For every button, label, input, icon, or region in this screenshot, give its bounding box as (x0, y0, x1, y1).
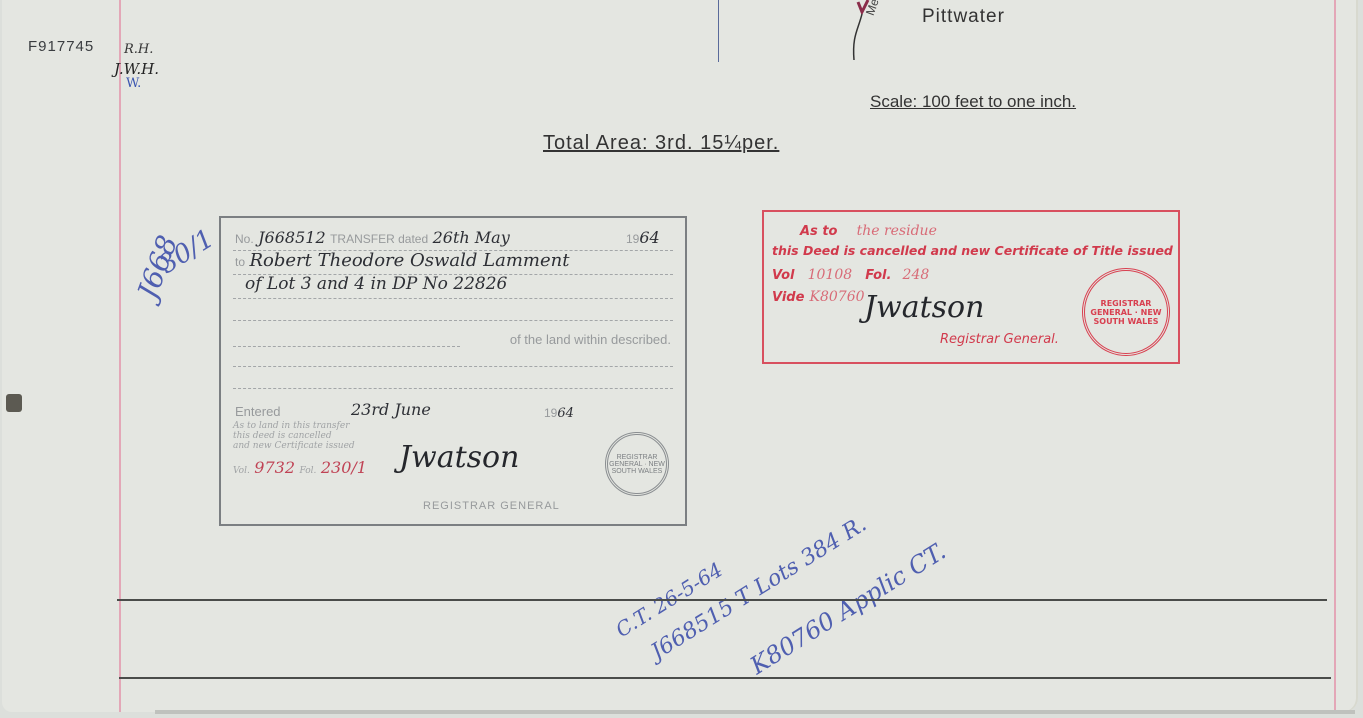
note-line: As to land in this transfer (233, 421, 355, 431)
document-page: F917745 R.H. J.W.H. W. Me Pittwater Scal… (2, 0, 1358, 712)
map-boundary-line (718, 0, 719, 62)
vide-row: Vide K80760 (772, 286, 865, 305)
vol-label: Vol. (233, 466, 250, 476)
note-line: and new Certificate issued (233, 441, 355, 451)
rule-line (119, 677, 1331, 679)
underlying-page-edge (155, 710, 1355, 714)
rule-line (233, 366, 673, 367)
fol-value: 230/1 (321, 458, 367, 477)
transferee-row: to Robert Theodore Oswald Lamment (235, 250, 569, 271)
entered-year: 1964 (544, 404, 574, 422)
transfer-header-row: No. J668512 TRANSFER dated 26th May (235, 228, 510, 248)
entered-date: 23rd June (351, 400, 431, 419)
cancel-statement: this Deed is cancelled and new Certifica… (772, 243, 1173, 258)
registrar-label: REGISTRAR GENERAL (423, 500, 560, 512)
seal-text: REGISTRAR GENERAL · NEW SOUTH WALES (1085, 299, 1167, 326)
vol-fol-row: Vol. 9732 Fol. 230/1 (233, 458, 367, 478)
year-prefix: 19 (626, 232, 639, 246)
left-margin-rule (119, 0, 121, 712)
right-margin-rule (1334, 0, 1336, 712)
vol-label: Vol (772, 268, 795, 283)
vide-label: Vide (772, 290, 804, 305)
no-label: No. (235, 232, 254, 246)
initials-1: R.H. (124, 42, 153, 57)
fol-label: Fol. (299, 466, 316, 476)
rule-line (233, 346, 460, 347)
land-within-label: of the land within described. (510, 332, 671, 347)
transferee-name: Robert Theodore Oswald Lamment (249, 250, 569, 271)
transfer-date: 26th May (433, 228, 510, 247)
vol-fol-row: Vol 10108 Fol. 248 (772, 264, 929, 283)
fol-label: Fol. (865, 268, 891, 283)
cancel-note: As to land in this transfer this deed is… (233, 421, 355, 451)
entered-year-prefix: 19 (544, 406, 557, 420)
entered-year-suffix: 64 (557, 406, 574, 421)
registrar-seal-icon: REGISTRAR GENERAL · NEW SOUTH WALES (605, 432, 669, 496)
to-label: to (235, 255, 245, 269)
annotation-line-3: K80760 Applic CT. (745, 537, 951, 680)
paper-tear-mark (6, 394, 22, 412)
rule-line (117, 599, 1327, 601)
total-area: Total Area: 3rd. 15¼per. (543, 132, 779, 155)
vide-value: K80760 (810, 289, 865, 305)
registrar-signature: Jwatson (399, 440, 519, 475)
vol-value: 10108 (808, 267, 853, 283)
vol-value: 9732 (254, 458, 295, 477)
as-to-row: As to the residue (800, 220, 937, 239)
note-line: this deed is cancelled (233, 431, 355, 441)
transfer-year: 1964 (626, 228, 660, 248)
entered-label: Entered (235, 404, 281, 419)
rule-line (233, 388, 673, 389)
seal-text: REGISTRAR GENERAL · NEW SOUTH WALES (608, 454, 666, 475)
rule-line (233, 320, 673, 321)
registrar-seal-icon: REGISTRAR GENERAL · NEW SOUTH WALES (1082, 268, 1170, 356)
as-to-label: As to (800, 224, 837, 239)
transfer-stamp: No. J668512 TRANSFER dated 26th May 1964… (219, 216, 687, 526)
rule-line (233, 298, 673, 299)
scale-note: Scale: 100 feet to one inch. (870, 92, 1076, 112)
transfer-label: TRANSFER dated (330, 232, 428, 246)
transfer-number: J668512 (258, 228, 326, 247)
initials-3: W. (126, 76, 141, 91)
cancellation-stamp: As to the residue this Deed is cancelled… (762, 210, 1180, 364)
fol-value: 248 (903, 267, 930, 283)
place-name: Pittwater (922, 6, 1005, 28)
registrar-signature: Jwatson (864, 290, 984, 325)
year-suffix: 64 (639, 228, 659, 247)
reference-number: F917745 (28, 38, 94, 55)
as-to-value: the residue (857, 223, 937, 239)
land-description: of Lot 3 and 4 in DP No 22826 (245, 274, 507, 294)
registrar-label: Registrar General. (940, 332, 1059, 347)
